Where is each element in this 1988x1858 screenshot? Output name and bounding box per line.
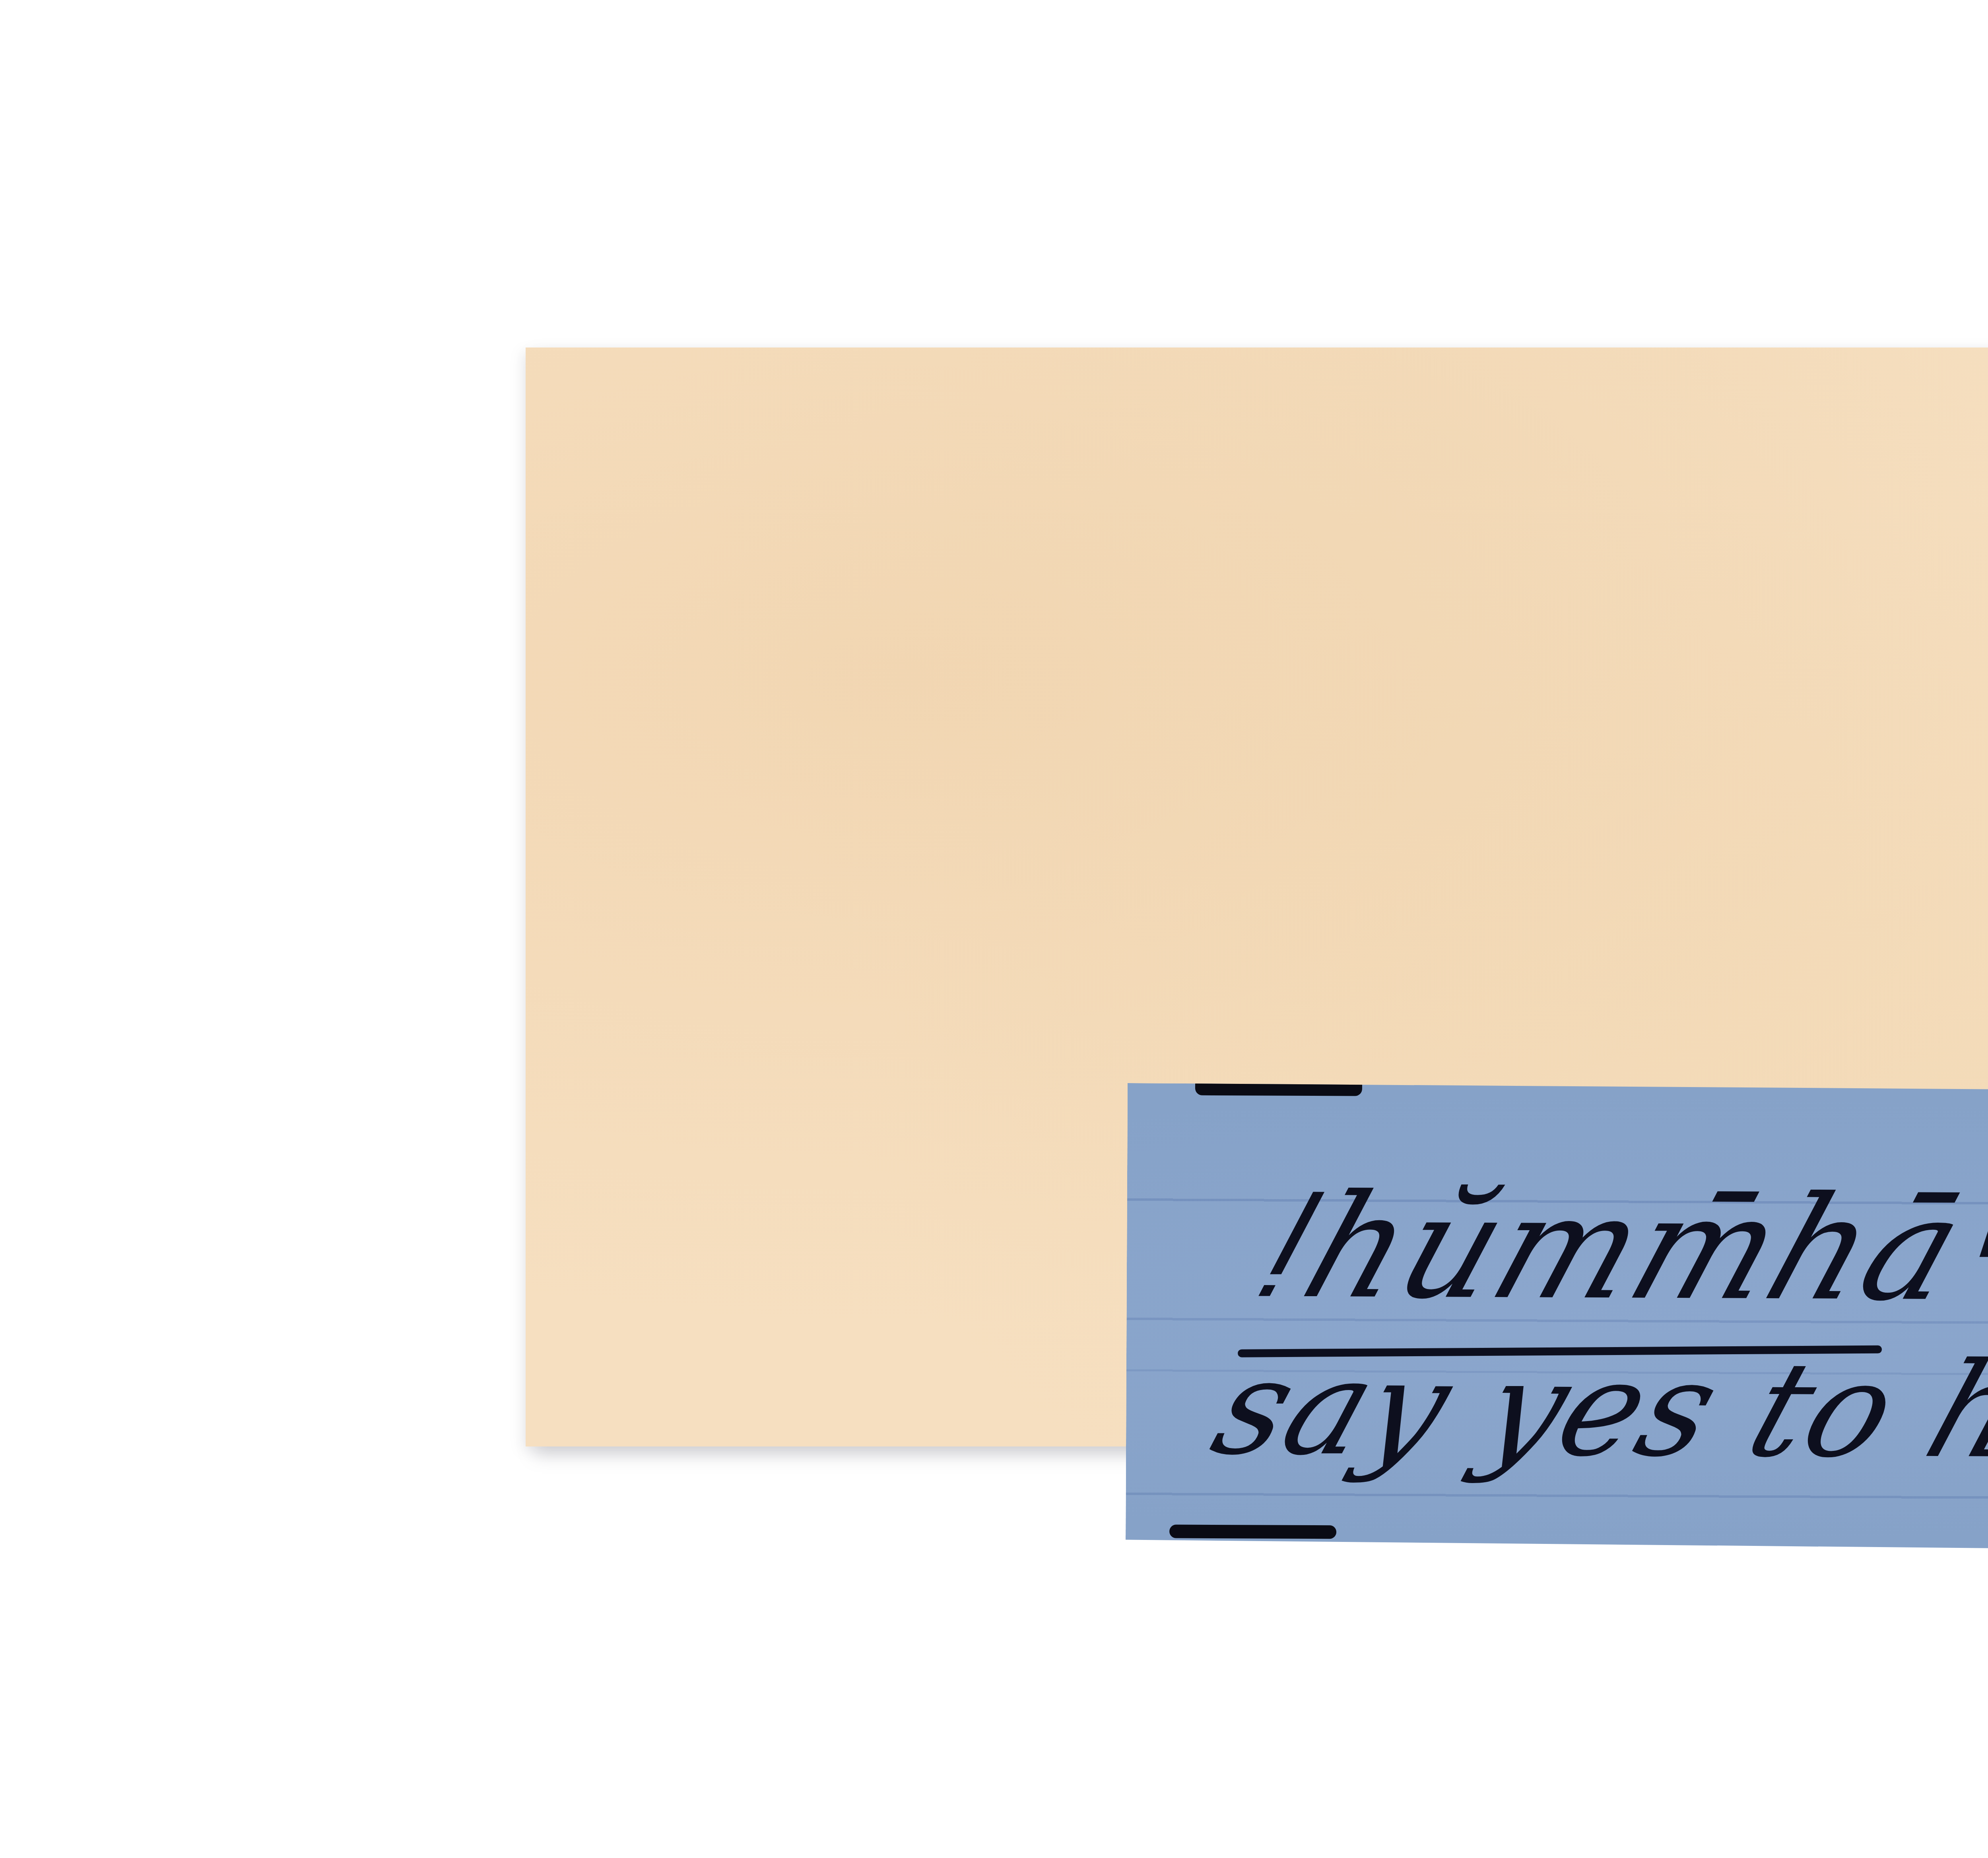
ink-edge-mark-bottom xyxy=(1169,1524,1336,1539)
ink-edge-mark-top xyxy=(1195,1082,1362,1096)
gloss-line-2: say yes to him, conceded to him" xyxy=(1200,1342,1988,1483)
blue-lexical-slip: ǃhŭmm̄hā "agree to him, say yes to him, … xyxy=(1126,1083,1988,1557)
mounting-card: ǃhŭmm̄hā "agree to him, say yes to him, … xyxy=(526,348,1988,1446)
headword: ǃhŭmm̄hā xyxy=(1246,1175,1980,1321)
